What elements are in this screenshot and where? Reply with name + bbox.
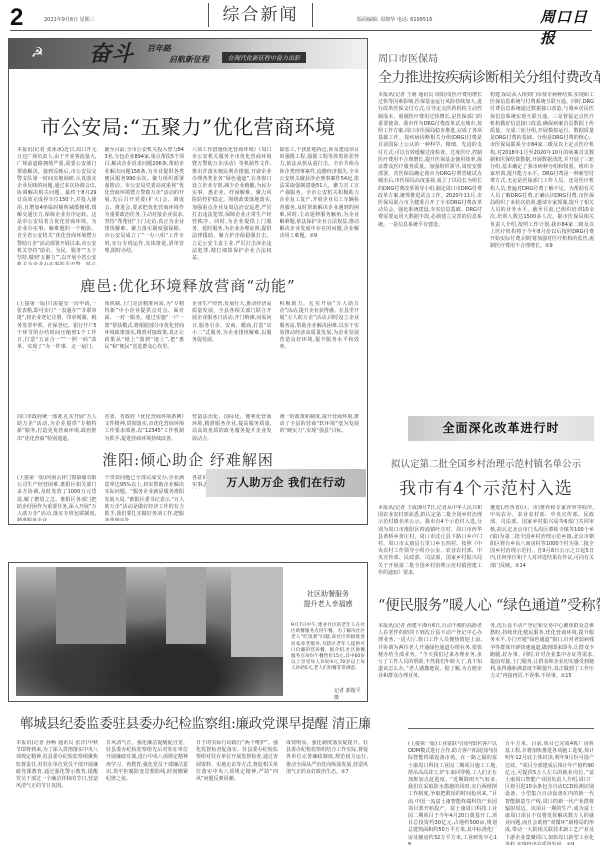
- convenience-body: 本报讯(记者 孙建平)9月6日,行动不便的高龄老人在老伴的陪同下到沈丘县不动产登…: [378, 623, 594, 727]
- photo-caption-text: 9月7日中午,建业社区的老年人在社区助餐服务点用午餐。为了解决社区老人“吃饭难”…: [291, 623, 365, 673]
- page-number: 2: [10, 4, 23, 32]
- article-column: 省委、省政府《优化营商环境条例》文件精神,贯彻落实,市优化营商环境工作要求部署,…: [105, 414, 185, 444]
- article-luyi-body: (上接第一版)只需提交一份申请,一张表格,即可实行“一表通办”“并联审批”,将企…: [17, 301, 359, 351]
- headline-huaiyang: 淮阳:倾心助企 纾难解困: [9, 449, 367, 470]
- issue-date: 2021年9月8日 星期三: [44, 16, 95, 23]
- article-column: 六项工作措施优化营商环境》《周口市公安机关服务全市优化营商环境暨万警助万企活动》…: [192, 147, 272, 265]
- article-column: 积极助力。扎实开展“万人助万企”活动,提升企业获得感。在县里开展“万人助万企”活…: [280, 301, 360, 351]
- village-body: 本报讯(记者 王成)9月7日,记者从中华人民共和国农业农村部获悉,拟认定第二批全…: [378, 505, 594, 577]
- article-column: 日风清气正。强化廉洁提醒促自觉。驻县委办纪检监察组先后对驻在单位开展廉政党课,进…: [106, 740, 188, 840]
- article-column: 本报讯(记者 孙畅 通讯员 张洋)中秋节即将到来,为了深入贯彻落实中央八项规定精…: [16, 740, 98, 840]
- article-column: 务,沈丘县不动产登记和交易中心聚焦群众急难愁盼,持续优化便民服务,优化营商环境,…: [490, 623, 594, 727]
- community-meal-photo: [16, 567, 283, 696]
- centenary-banner: ☭ 奋斗 百年路 启航新征程 在现代化新征程中奋力出彩: [9, 39, 367, 69]
- section-divider: [408, 728, 594, 729]
- convenience-headline: “便民服务”暖人心 “绿色通道”受称赞: [378, 594, 594, 615]
- article-column: 本报讯(记者 王成)9月7日,记者从中华人民共和国农业农村部获悉,拟认定第二批全…: [378, 505, 482, 577]
- photo-feature-box: 社区助餐服务 提升老人幸福感 9月7日中午,建业社区的老年人在社区助餐服务点用午…: [8, 562, 368, 702]
- article-column: 本报讯(记者 孙建平)9月6日,行动不便的高龄老人在老伴的陪同下到沈丘县不动产登…: [378, 623, 482, 727]
- village-article: 拟认定第二批全国乡村治理示范村镇名单公示 我市有4个示范村入选 本报讯(记者 王…: [378, 456, 594, 577]
- medical-body: 本报讯(记者 王萌 通讯员 周娟)受医疗费用增长过快等因素影响,医保基金运行风险…: [378, 92, 594, 422]
- editor-info: 版面编辑: 周朝华 电话: 6199516: [357, 16, 432, 23]
- banner-line-1: 百年路: [147, 43, 171, 54]
- village-headline: 我市有4个示范村入选: [378, 474, 594, 499]
- masthead: 2 2021年9月8日 星期三 综合新闻 版面编辑: 周朝华 电话: 61995…: [0, 0, 600, 30]
- article-luyi-body-cont: 周口市政府统一部署,扎实开展“万人助万企”活动,为企业提供“专精特新”服务,打造…: [17, 414, 359, 444]
- article-column: 构建,保证从入组到门诊按专病种结算,实现职工医保信息系统与付费系统互联互通。同时…: [490, 92, 594, 422]
- article-discipline-body: 本报讯(记者 孙畅 通讯员 张洋)中秋节即将到来,为了深入贯彻落实中央八项规定精…: [16, 740, 368, 840]
- convenience-article: “便民服务”暖人心 “绿色通道”受称赞 本报讯(记者 孙建平)9月6日,行动不便…: [378, 594, 594, 727]
- article-column: 营造法治化、国际化、便利化营商环境,精准服务企业,提高服务质量,以高效优质的政务…: [192, 414, 272, 444]
- article-column: 万平方米。目前,项目已完成4栋厂房桩基工程,并将加快推进各项施工进度,预计明年1…: [505, 741, 594, 845]
- article-column: (上接第一版)河南云祥门窗幕墙有限公司生产经营困难,淮阳区相关部门多方协调,及时…: [17, 475, 97, 521]
- caption-title-line-1: 社区助餐服务: [291, 589, 365, 599]
- photo-caption-title: 社区助餐服务 提升老人幸福感: [291, 589, 365, 609]
- banner-tag: 在现代化新征程中奋力出彩: [222, 52, 306, 63]
- photo-credit: 记者 郭俊平 摄: [334, 687, 367, 701]
- caption-title-line-2: 提升老人幸福感: [291, 599, 365, 609]
- industry-article: (上接第一版)工业富联与国内知名客户以ODM模式进行合作,助力客户拓展国内国际智…: [408, 736, 594, 845]
- article-column: 遴选),经各省(区、市)推荐和专家评审等程序,中央农办、农业农村部、中央宣传部、…: [490, 505, 594, 577]
- industry-body: (上接第一版)工业富联与国内知名客户以ODM模式进行合作,助力客户拓展国内国际智…: [408, 741, 594, 845]
- article-column: (上接第一版)只需提交一份申请,一张表格,即可实行“一表通办”“并联审批”,将企…: [17, 301, 97, 351]
- article-column: (上接第一版)工业富联与国内知名客户以ODM模式进行合作,助力客户拓展国内国际智…: [408, 741, 497, 845]
- reform-banner: 全面深化改革进行时: [408, 416, 594, 441]
- headline-police: 市公安局:“五聚力”优化营商环境: [9, 111, 367, 140]
- article-column: 个贷款问题已全部完成交办,企业满意率达95%以上,切实帮助企业解决实际问题。“服…: [105, 475, 185, 521]
- headline-luyi: 鹿邑:优化环境释放营商“动能”: [9, 275, 367, 296]
- article-column: 除恶工,干扰征地拆迁,涉及建设项目的强揽工程,强揽工程等涉黑涉恶势力,依法从快从…: [280, 147, 360, 265]
- party-emblem-icon: ☭: [31, 45, 49, 63]
- article-police-body: 本报讯(记者 张冰冰)近日,周口开元万达广场负责人,由于开业客流量大,广场前道路…: [17, 147, 359, 265]
- article-column: 本报讯(记者 张冰冰)近日,周口开元万达广场负责人,由于开业客流量大,广场前道路…: [17, 147, 97, 265]
- section-title: 综合新闻: [208, 3, 313, 27]
- article-column: 统一的政策和制度,提升营商环境,推动了全县的营商“软环境”变为发展的“硬实力”,…: [280, 414, 360, 444]
- medical-article: 周口市医保局 全力推进按疾病诊断相关分组付费改革 本报讯(记者 王萌 通讯员 周…: [378, 38, 594, 422]
- feature-box: ☭ 奋斗 百年路 启航新征程 在现代化新征程中奋力出彩 市公安局:“五聚力”优化…: [8, 38, 368, 525]
- banner-fendou: 奋斗: [89, 37, 133, 68]
- medical-headline: 全力推进按疾病诊断相关分组付费改革: [378, 67, 594, 87]
- article-column: 截至目前,全市公安机关投入警力843名,分包企业894家,重点帮扶5个项目,解决…: [105, 147, 185, 265]
- village-kicker: 拟认定第二批全国乡村治理示范村镇名单公示: [378, 456, 594, 470]
- article-column: 体机制,上门走访精准问需,为“专精特新”中小企业提供点对点、面对面、一对一服务。…: [105, 301, 185, 351]
- article-column: 周口市政府统一部署,扎实开展“万人助万企”活动,为企业提供“专精特新”服务,打造…: [17, 414, 97, 444]
- article-column: 本报讯(记者 王萌 通讯员 周娟)受医疗费用增长过快等因素影响,医保基金运行风险…: [378, 92, 482, 422]
- article-column: 企业生产经营,发展壮大,推动经济高质量发展。全县各相关部门联合开展企业服务日活动…: [192, 301, 272, 351]
- headline-discipline: 郸城县纪委监委驻县委办纪检监察组:廉政党课早提醒 清正廉洁过中秋: [20, 712, 370, 732]
- medical-kicker: 周口市医保局: [378, 50, 594, 65]
- banner-line-2: 启航新征程: [169, 54, 209, 65]
- article-column: 成效明显。强化制度落实促提升。驻县委办纪检监察组结合工作实际,督促各单位完善廉政…: [286, 740, 368, 840]
- slogan-banner: 万人助万企 我们在行动: [206, 469, 366, 497]
- masthead-rule: [10, 30, 592, 31]
- article-column: 日子的实际行动践行“两个维护”。强化监督检查促落实。驻县委办纪检监察组对驻在单位…: [196, 740, 278, 840]
